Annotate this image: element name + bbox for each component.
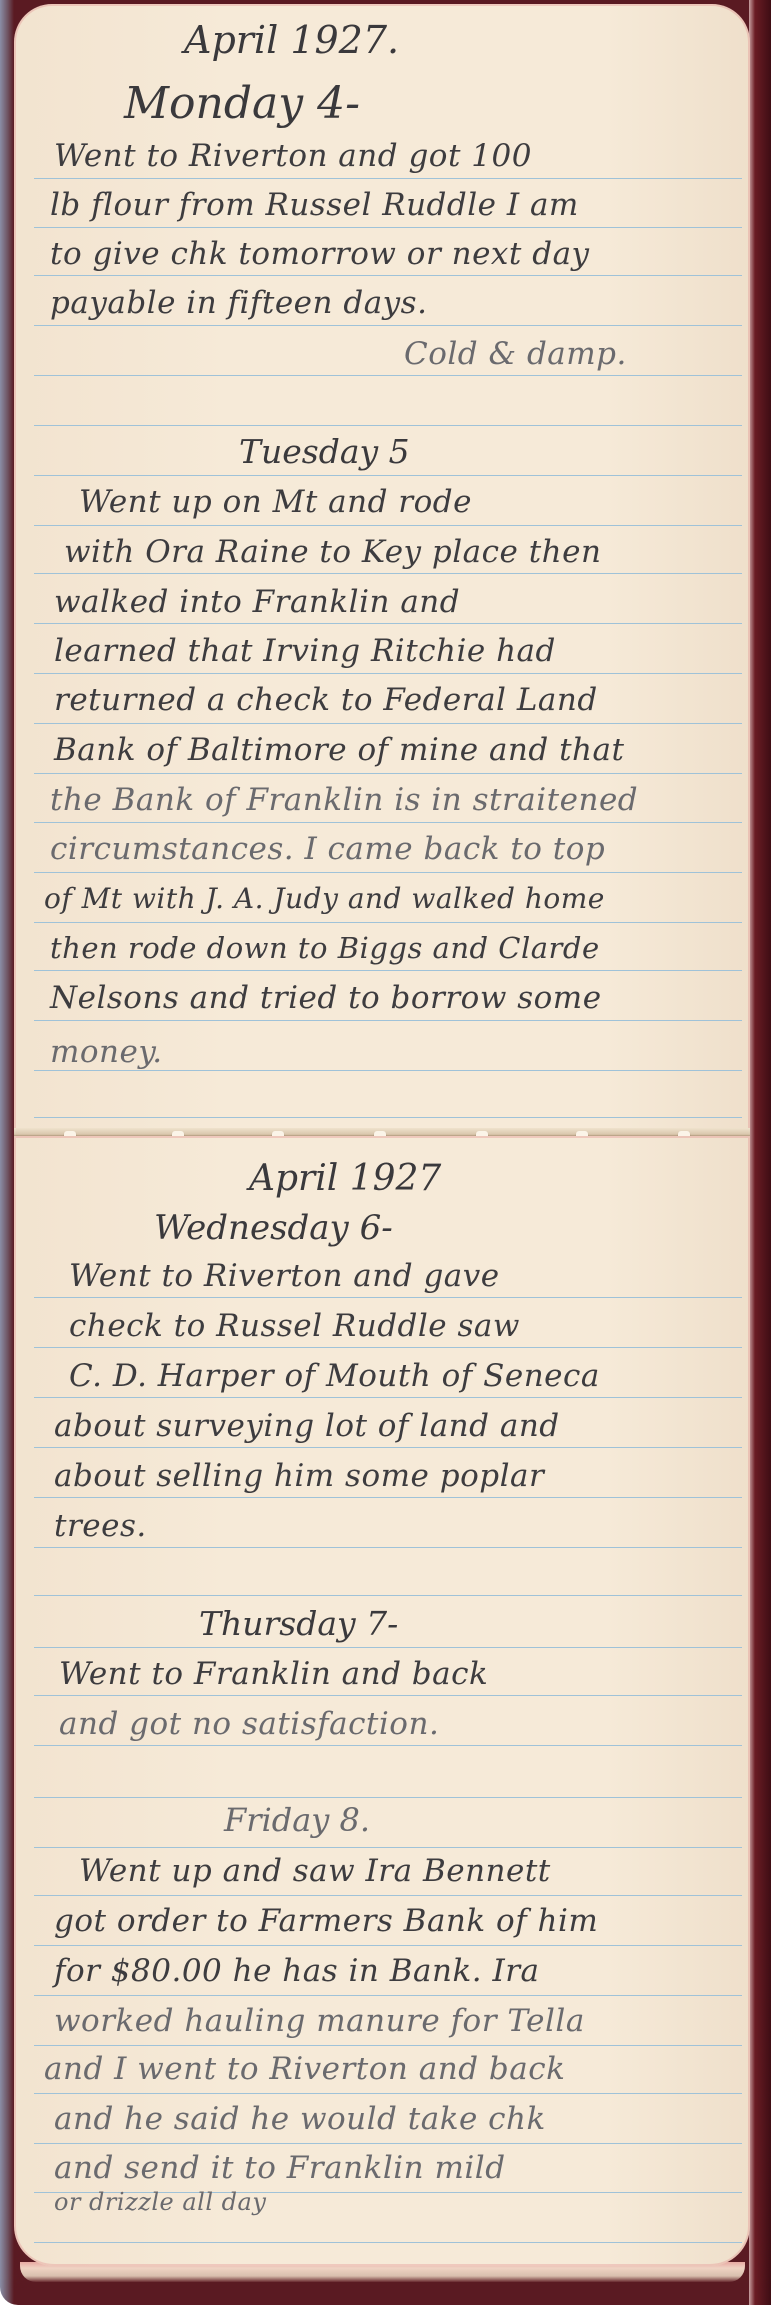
weather-note: Cold & damp. — [404, 334, 730, 374]
ruled-line — [34, 1347, 742, 1348]
day-heading-tuesday: Tuesday 5 — [239, 432, 410, 471]
ruled-line — [34, 1447, 742, 1448]
ruled-line — [34, 1847, 742, 1848]
diary-page-top: April 1927. Monday 4- Went to Riverton a… — [14, 4, 750, 1135]
ruled-line — [34, 623, 742, 624]
entry-line: worked hauling manure for Tella — [54, 2001, 730, 2041]
ruled-line — [34, 1895, 742, 1896]
ruled-line — [34, 1020, 742, 1021]
ruled-line — [34, 1647, 742, 1648]
entry-line: Went to Riverton and gave — [69, 1256, 730, 1296]
ruled-line — [34, 673, 742, 674]
ruled-line — [34, 475, 742, 476]
ruled-line — [34, 872, 742, 873]
entry-line: about selling him some poplar — [54, 1456, 730, 1496]
day-heading-friday: Friday 8. — [224, 1801, 370, 1839]
ruled-line — [34, 375, 742, 376]
entry-line: of Mt with J. A. Judy and walked home — [44, 879, 730, 919]
ruled-line — [34, 773, 742, 774]
entry-line: learned that Irving Ritchie had — [54, 631, 730, 671]
ruled-line — [34, 970, 742, 971]
ruled-line — [34, 2093, 742, 2094]
entry-line: Went to Franklin and back — [59, 1654, 730, 1694]
ruled-line — [34, 325, 742, 326]
entry-line: walked into Franklin and — [54, 582, 730, 622]
ruled-line — [34, 275, 742, 276]
entry-line: to give chk tomorrow or next day — [50, 234, 730, 274]
ruled-line — [34, 1695, 742, 1696]
day-heading-wednesday: Wednesday 6- — [154, 1208, 393, 1248]
entry-line: Bank of Baltimore of mine and that — [54, 730, 730, 770]
ruled-line — [34, 1745, 742, 1746]
entry-line: Went up and saw Ira Bennett — [79, 1851, 730, 1891]
entry-line: and got no satisfaction. — [59, 1704, 730, 1744]
entry-line: then rode down to Biggs and Clarde — [50, 928, 730, 968]
ruled-line — [34, 2143, 742, 2144]
entry-line: payable in fifteen days. — [50, 283, 730, 323]
entry-line: check to Russel Ruddle saw — [69, 1306, 730, 1346]
ruled-line — [34, 1945, 742, 1946]
entry-line: trees. — [54, 1506, 730, 1546]
ruled-line — [34, 227, 742, 228]
entry-line: Went to Riverton and got 100 — [54, 136, 730, 176]
month-header: April 1927. — [184, 18, 399, 62]
ruled-line — [34, 922, 742, 923]
entry-line: C. D. Harper of Mouth of Seneca — [69, 1356, 730, 1396]
month-header: April 1927 — [249, 1158, 441, 1199]
entry-line: Nelsons and tried to borrow some — [50, 978, 730, 1018]
entry-line: the Bank of Franklin is in straitened — [50, 780, 730, 820]
ruled-line — [34, 178, 742, 179]
ruled-line — [34, 1797, 742, 1798]
ruled-line — [34, 573, 742, 574]
entry-line: and he said he would take chk — [54, 2099, 730, 2139]
ruled-line — [34, 525, 742, 526]
entry-line: or drizzle all day — [54, 2186, 730, 2218]
ruled-line — [34, 1995, 742, 1996]
ruled-line — [34, 1117, 742, 1118]
book-spine-edge — [749, 0, 771, 2305]
ruled-line — [34, 1497, 742, 1498]
ruled-line — [34, 1297, 742, 1298]
entry-line: circumstances. I came back to top — [50, 829, 730, 869]
entry-line: returned a check to Federal Land — [54, 680, 730, 720]
ruled-line — [34, 2242, 742, 2243]
ruled-line — [34, 425, 742, 426]
entry-line: about surveying lot of land and — [54, 1406, 730, 1446]
ruled-line — [34, 1397, 742, 1398]
day-heading-thursday: Thursday 7- — [199, 1604, 398, 1643]
entry-line: money. — [50, 1032, 730, 1072]
day-heading-monday: Monday 4- — [124, 78, 360, 129]
ruled-line — [34, 2045, 742, 2046]
diary-page-bottom: April 1927 Wednesday 6- Went to Riverton… — [14, 1136, 750, 2266]
ruled-line — [34, 1547, 742, 1548]
ruled-line — [34, 1595, 742, 1596]
entry-line: with Ora Raine to Key place then — [64, 532, 730, 572]
entry-line: and I went to Riverton and back — [44, 2049, 730, 2089]
entry-line: lb flour from Russel Ruddle I am — [50, 185, 730, 225]
entry-line: for $80.00 he has in Bank. Ira — [54, 1951, 730, 1991]
entry-line: Went up on Mt and rode — [79, 482, 730, 522]
ruled-line — [34, 723, 742, 724]
entry-line: and send it to Franklin mild — [54, 2148, 730, 2188]
ruled-line — [34, 822, 742, 823]
entry-line: got order to Farmers Bank of him — [54, 1901, 730, 1941]
